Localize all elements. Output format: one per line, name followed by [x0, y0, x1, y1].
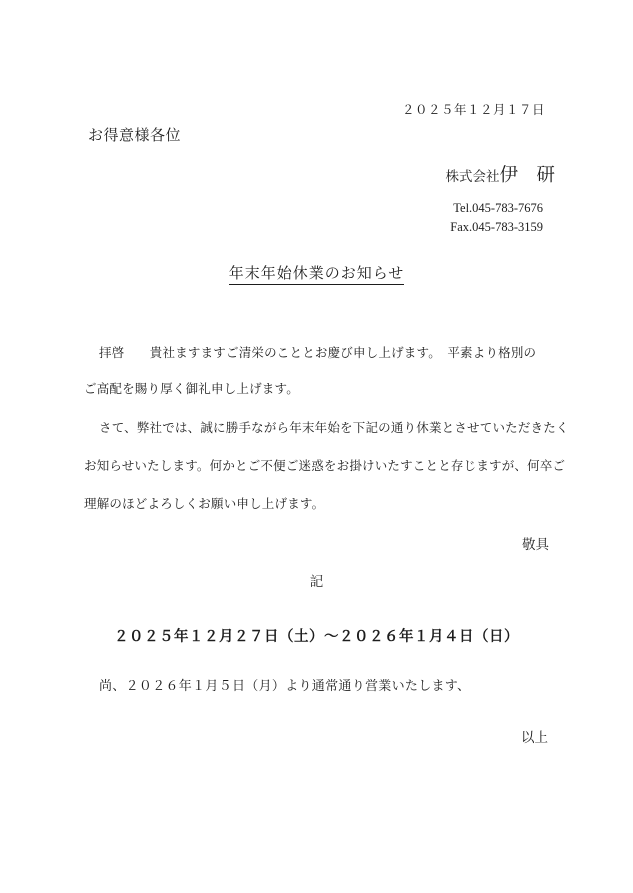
body-line-1: さて、弊社では、誠に勝手ながら年末年始を下記の通り休業とさせていただきたく — [99, 421, 569, 437]
issue-date: ２０２５年１２月１７日 — [402, 103, 545, 119]
company-prefix: 株式会社 — [445, 169, 499, 184]
body-line-3: 理解のほどよろしくお願い申し上げます。 — [84, 497, 324, 513]
holiday-period: ２０２５年１２月２７日（土）～２０２６年１月４日（日） — [60, 628, 573, 646]
holiday-notice-letter: ２０２５年１２月１７日 お得意様各位 株式会社伊 研 Tel.045-783-7… — [0, 0, 633, 893]
document-title: 年末年始休業のお知らせ — [229, 266, 405, 285]
closing-keigu: 敬具 — [522, 537, 549, 554]
resume-notice: 尚、２０２６年１月５日（月）より通常通り営業いたします、 — [99, 678, 470, 694]
tel-number: Tel.045-783-7676 — [453, 201, 543, 217]
sender-company: 株式会社伊 研 — [445, 165, 555, 188]
fax-number: Fax.045-783-3159 — [450, 220, 543, 236]
company-name: 伊 研 — [499, 166, 555, 186]
end-marker-ijou: 以上 — [521, 730, 548, 747]
record-marker: 記 — [84, 574, 549, 591]
body-line-2: お知らせいたします。何かとご不便ご迷惑をお掛けいたすことと存じますが、何卒ご — [84, 459, 565, 475]
document-title-row: 年末年始休業のお知らせ — [84, 264, 549, 284]
recipient-line: お得意様各位 — [88, 127, 181, 146]
greeting-line-2: ご高配を賜り厚く御礼申し上げます。 — [84, 382, 299, 398]
greeting-line-1: 拝啓 貴社ますますご清栄のこととお慶び申し上げます。 平素より格別の — [99, 346, 536, 362]
